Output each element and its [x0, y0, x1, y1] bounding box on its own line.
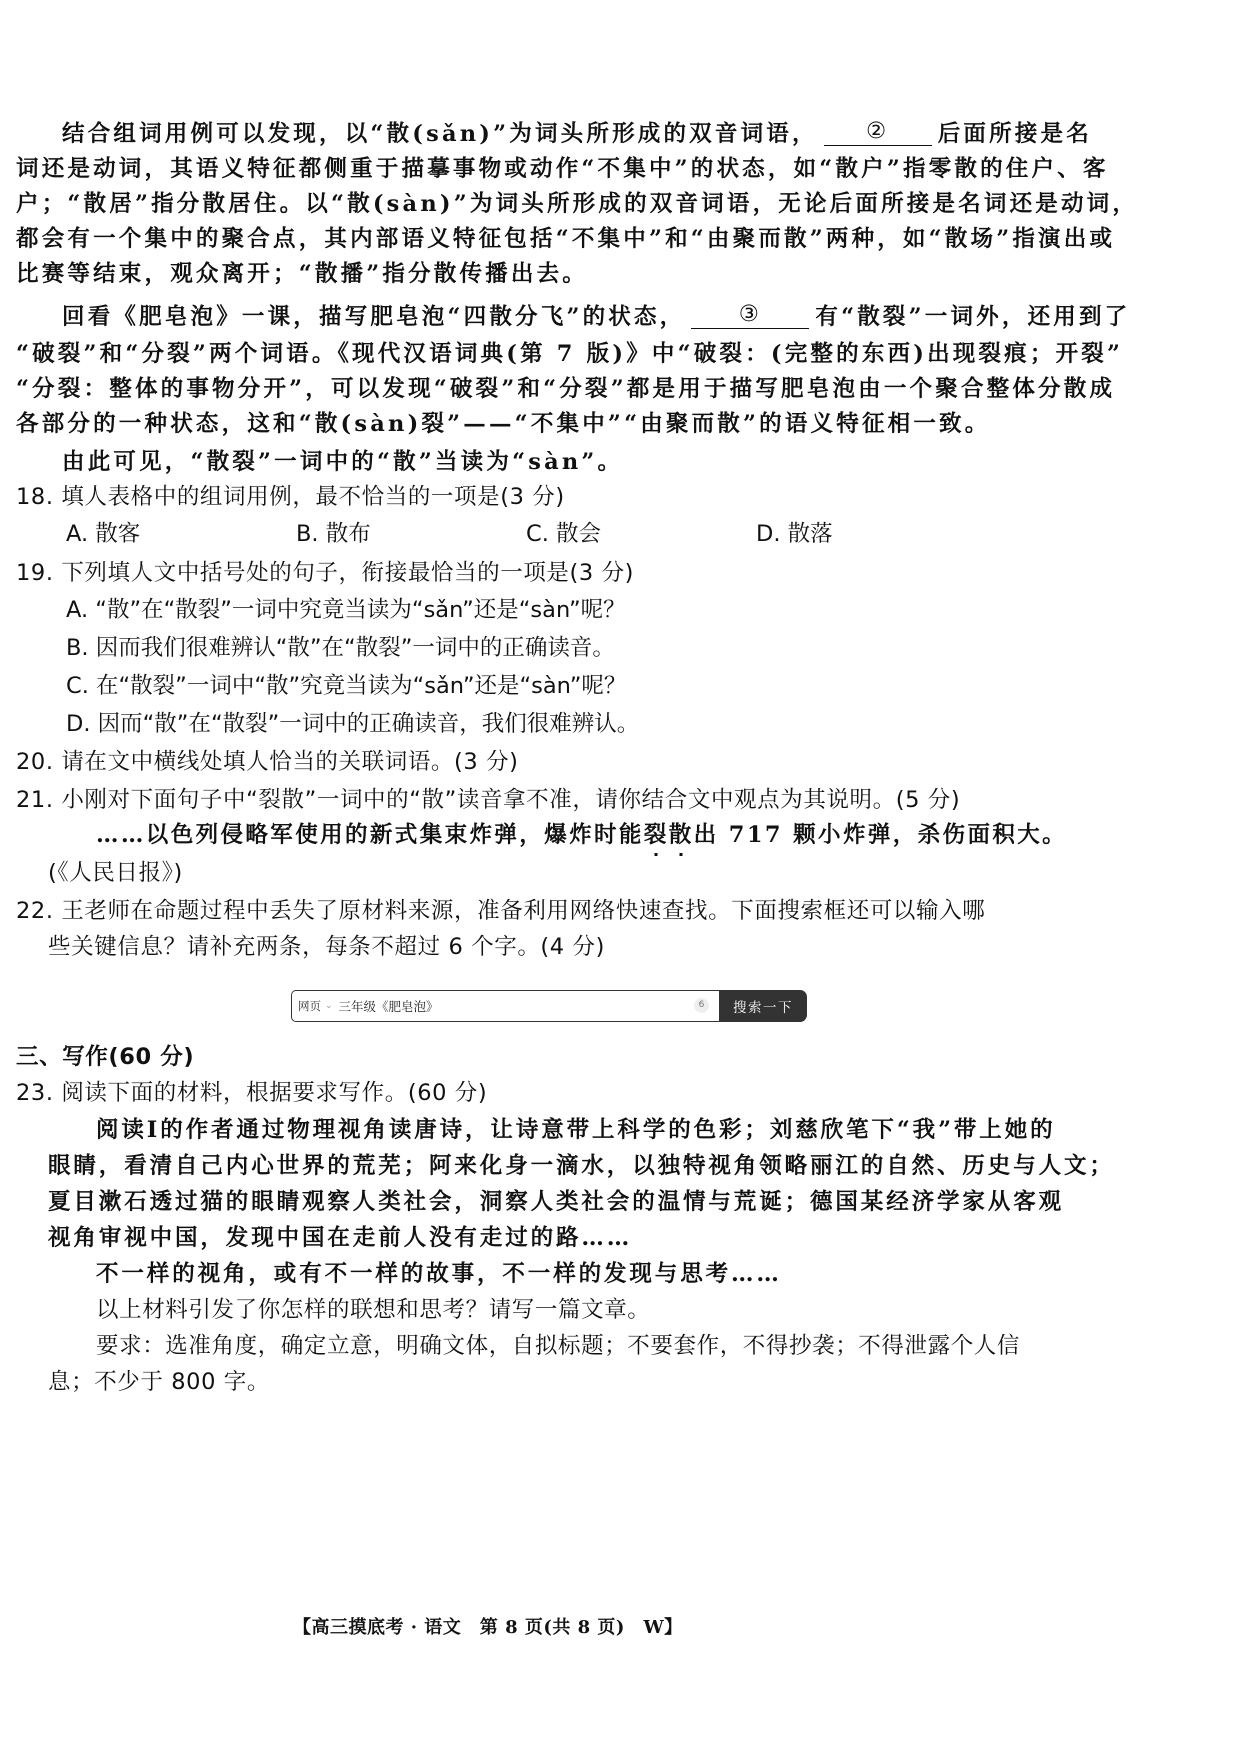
passage-para1-line4: 都会有一个集中的聚合点，其内部语义特征包括“不集中”和“由聚而散”两种，如“散场…: [16, 222, 1115, 256]
passage-para2-line3: “分裂：整体的事物分开”，可以发现“破裂”和“分裂”都是用于描写肥皂泡由一个聚合…: [16, 372, 1115, 406]
passage-para3: 由此可见，“散裂”一词中的“散”当读为“sàn”。: [62, 445, 623, 479]
material-line2: 眼睛，看清自己内心世界的荒芜；阿来化身一滴水，以独特视角领略丽江的自然、历史与人…: [48, 1149, 1115, 1183]
question-20-stem: 20. 请在文中横线处填人恰当的关联词语。(3 分): [16, 745, 519, 779]
question-22-stem-line2: 些关键信息？请补充两条，每条不超过 6 个字。(4 分): [48, 930, 605, 964]
question-18-stem: 18. 填人表格中的组词用例，最不恰当的一项是(3 分): [16, 480, 565, 514]
passage-para1-line2: 词还是动词，其语义特征都侧重于描摹事物或动作“不集中”的状态，如“散户”指零散的…: [16, 152, 1109, 186]
question-19-stem: 19. 下列填人文中括号处的句子，衔接最恰当的一项是(3 分): [16, 556, 634, 590]
passage-para1-line3: 户；“散居”指分散居住。以“散(sàn)”为词头所形成的双音词语，无论后面所接是…: [16, 187, 1138, 221]
q19-option-d: D. 因而“散”在“散裂”一词中的正确读音，我们很难辨认。: [66, 707, 639, 741]
section-title-writing: 三、写作(60 分): [16, 1040, 194, 1074]
page-footer: 【高三摸底考 · 语文 第 8 页(共 8 页) W】: [293, 1613, 683, 1639]
material-line4: 视角审视中国，发现中国在走前人没有走过的路……: [48, 1221, 632, 1255]
writing-prompt: 以上材料引发了你怎样的联想和思考？请写一篇文章。: [96, 1293, 650, 1327]
q18-option-a: A. 散客: [66, 517, 140, 551]
text: 结合组词用例可以发现，以“散(sǎn)”为词头所形成的双音词语，: [62, 121, 818, 147]
q21-source: (《人民日报》): [48, 856, 183, 890]
search-box: 网页 ⌄ 三年级《肥皂泡》 6 搜索一下: [291, 990, 807, 1022]
passage-para1-line5: 比赛等结束，观众离开；“散播”指分散传播出去。: [16, 257, 588, 291]
char-count-badge: 6: [694, 998, 709, 1013]
material-line1: 阅读Ⅰ的作者通过物理视角读唐诗，让诗意带上科学的色彩；刘慈欣笔下“我”带上她的: [96, 1113, 1056, 1147]
search-button[interactable]: 搜索一下: [719, 990, 807, 1022]
passage-para2-line1: 回看《肥皂泡》一课，描写肥皂泡“四散分飞”的状态，③有“散裂”一词外，还用到了: [62, 300, 1130, 334]
search-query: 三年级《肥皂泡》: [339, 997, 439, 1015]
q18-option-b: B. 散布: [296, 517, 371, 551]
text: ……以色列侵略军使用的新式集束炸弹，爆炸时能: [96, 822, 644, 848]
writing-requirements-line2: 息；不少于 800 字。: [48, 1365, 270, 1399]
blank-3: ③: [691, 300, 809, 329]
question-22-stem-line1: 22. 王老师在命题过程中丢失了原材料来源，准备利用网络快速查找。下面搜索框还可…: [16, 894, 985, 928]
text: 出 717 颗小炸弹，杀伤面积大。: [694, 822, 1067, 848]
passage-para2-line4: 各部分的一种状态，这和“散(sàn)裂”——“不集中”“由聚而散”的语义特征相一…: [16, 407, 990, 441]
q19-option-c: C. 在“散裂”一词中“散”究竟当读为“sǎn”还是“sàn”呢？: [66, 669, 626, 703]
question-21-stem: 21. 小刚对下面句子中“裂散”一词中的“散”读音拿不准，请你结合文中观点为其说…: [16, 783, 960, 817]
blank-2: ②: [824, 117, 932, 146]
emphasized-char-san: 散: [669, 822, 694, 848]
search-scope-dropdown[interactable]: 网页: [298, 998, 321, 1014]
question-23-stem: 23. 阅读下面的材料，根据要求写作。(60 分): [16, 1076, 487, 1110]
q18-option-c: C. 散会: [526, 517, 601, 551]
text: 回看《肥皂泡》一课，描写肥皂泡“四散分飞”的状态，: [62, 304, 685, 330]
search-input[interactable]: 网页 ⌄ 三年级《肥皂泡》 6: [291, 990, 719, 1022]
passage-para2-line2: “破裂”和“分裂”两个词语。《现代汉语词典(第 7 版)》中“破裂：(完整的东西…: [16, 337, 1123, 371]
q19-option-a: A. “散”在“散裂”一词中究竟当读为“sǎn”还是“sàn”呢？: [66, 593, 626, 627]
text: 有“散裂”一词外，还用到了: [815, 304, 1130, 330]
writing-requirements-line1: 要求：选准角度，确定立意，明确文体，自拟标题；不要套作，不得抄袭；不得泄露个人信: [96, 1329, 1020, 1363]
q18-option-d: D. 散落: [756, 517, 833, 551]
material-line5: 不一样的视角，或有不一样的故事，不一样的发现与思考……: [96, 1257, 782, 1291]
chevron-down-icon: ⌄: [325, 1001, 333, 1011]
exam-page: 结合组词用例可以发现，以“散(sǎn)”为词头所形成的双音词语，②后面所接是名 …: [0, 0, 1241, 1754]
material-line3: 夏目漱石透过猫的眼睛观察人类社会，洞察人类社会的温情与荒诞；德国某经济学家从客观: [48, 1185, 1064, 1219]
q21-quote: ……以色列侵略军使用的新式集束炸弹，爆炸时能裂散出 717 颗小炸弹，杀伤面积大…: [96, 818, 1067, 852]
passage-para1-line1: 结合组词用例可以发现，以“散(sǎn)”为词头所形成的双音词语，②后面所接是名: [62, 117, 1092, 151]
emphasized-char-lie: 裂: [644, 822, 669, 848]
q19-option-b: B. 因而我们很难辨认“散”在“散裂”一词中的正确读音。: [66, 631, 615, 665]
text: 后面所接是名: [938, 121, 1092, 147]
